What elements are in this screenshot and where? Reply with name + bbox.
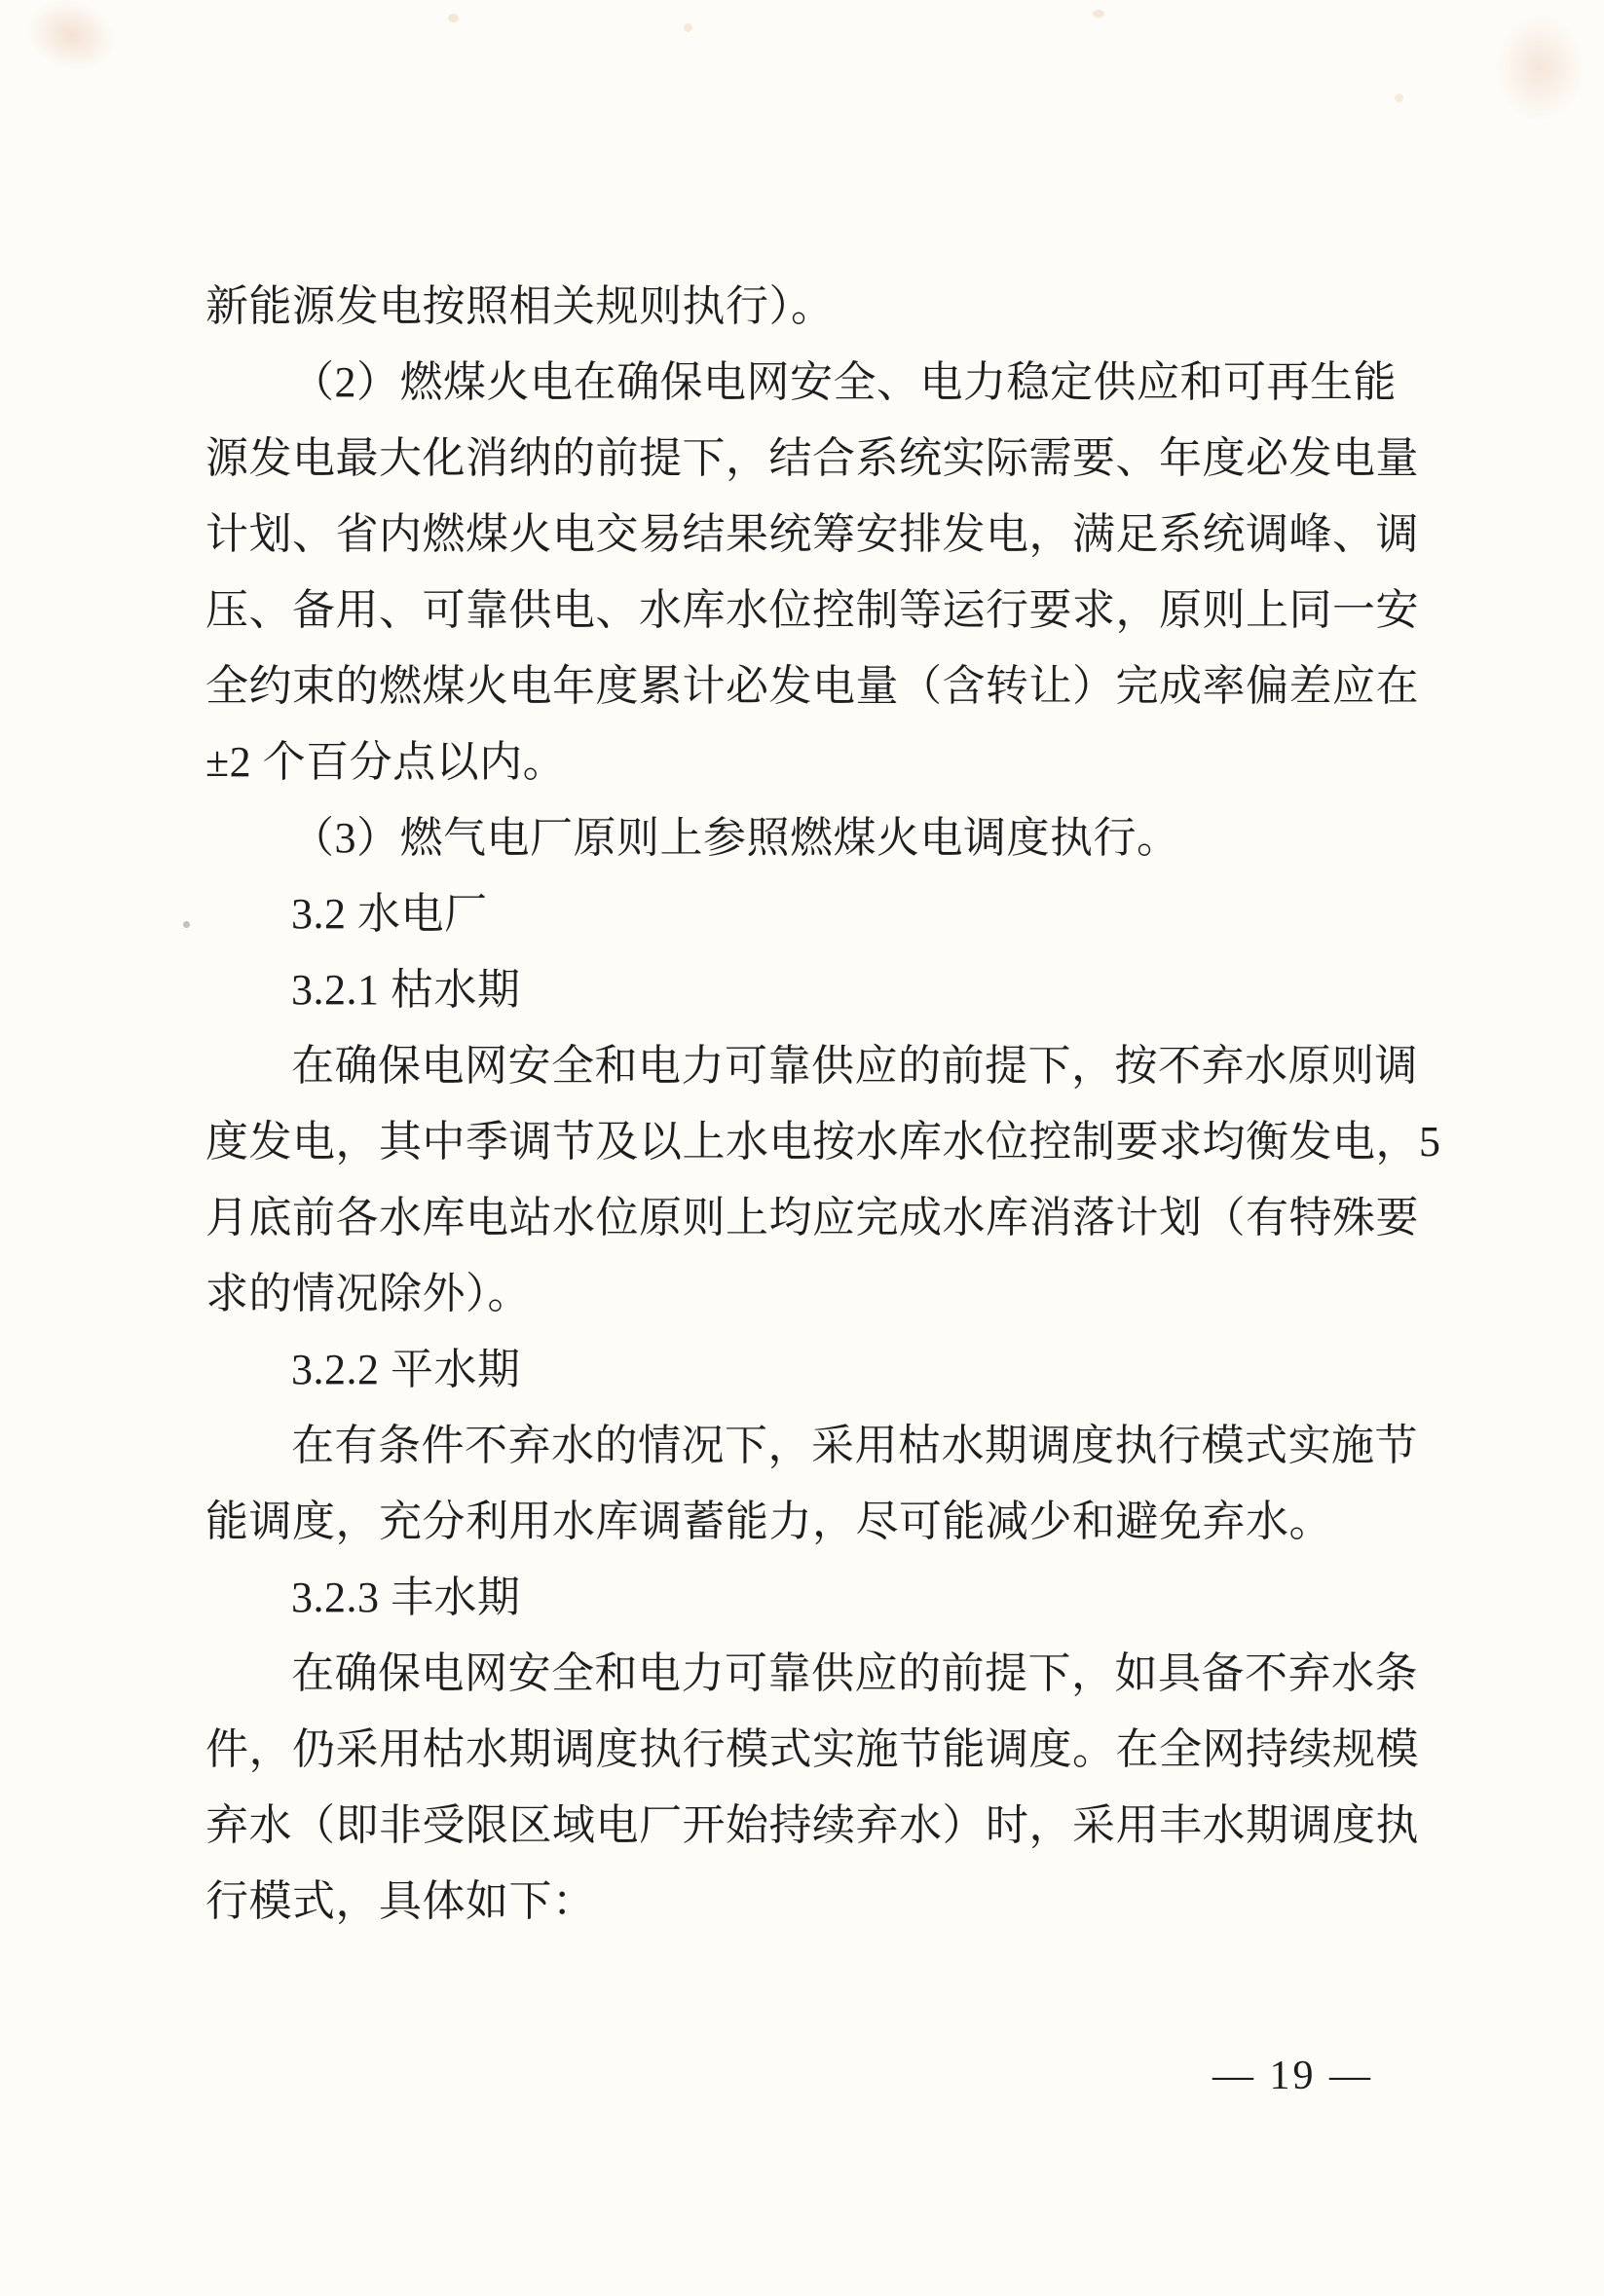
text-line: 3.2.1 枯水期 [205,952,1501,1028]
text-line: 压、备用、可靠供电、水库水位控制等运行要求，原则上同一安 [205,573,1501,648]
text-line: 件，仍采用枯水期调度执行模式实施节能调度。在全网持续规模 [205,1712,1501,1788]
text-line: 3.2.3 丰水期 [205,1560,1501,1636]
text-line: 月底前各水库电站水位原则上均应完成水库消落计划（有特殊要 [205,1180,1501,1256]
text-line: 3.2 水电厂 [205,876,1501,952]
text-line: 在有条件不弃水的情况下，采用枯水期调度执行模式实施节 [205,1408,1501,1484]
document-body: 新能源发电按照相关规则执行）。（2）燃煤火电在确保电网安全、电力稳定供应和可再生… [205,269,1501,1940]
text-line: 在确保电网安全和电力可靠供应的前提下，按不弃水原则调 [205,1028,1501,1104]
text-line: （2）燃煤火电在确保电网安全、电力稳定供应和可再生能 [205,345,1501,421]
text-line: 行模式，具体如下： [205,1864,1501,1940]
text-line: 全约束的燃煤火电年度累计必发电量（含转让）完成率偏差应在 [205,648,1501,724]
text-line: ±2 个百分点以内。 [205,724,1501,800]
scan-artifact-top-right [1476,0,1604,146]
scan-speck [448,14,459,22]
text-line: 求的情况除外）。 [205,1256,1501,1332]
scan-artifact-top-left [0,0,147,102]
scan-speck [1093,10,1104,18]
text-line: 计划、省内燃煤火电交易结果统筹安排发电，满足系统调峰、调 [205,497,1501,573]
page: 新能源发电按照相关规则执行）。（2）燃煤火电在确保电网安全、电力稳定供应和可再生… [0,0,1604,2296]
page-number: — 19 — [1212,2045,1373,2107]
text-line: 3.2.2 平水期 [205,1332,1501,1408]
text-line: 度发电，其中季调节及以上水电按水库水位控制要求均衡发电，5 [205,1104,1501,1180]
text-line: 弃水（即非受限区域电厂开始持续弃水）时，采用丰水期调度执 [205,1788,1501,1864]
text-line: 源发电最大化消纳的前提下，结合系统实际需要、年度必发电量 [205,421,1501,497]
scan-speck [1395,93,1403,102]
text-line: （3）燃气电厂原则上参照燃煤火电调度执行。 [205,800,1501,876]
scan-speck [684,23,692,32]
text-line: 新能源发电按照相关规则执行）。 [205,269,1501,345]
scan-speck [183,921,190,928]
text-line: 在确保电网安全和电力可靠供应的前提下，如具备不弃水条 [205,1636,1501,1712]
text-line: 能调度，充分利用水库调蓄能力，尽可能减少和避免弃水。 [205,1484,1501,1560]
